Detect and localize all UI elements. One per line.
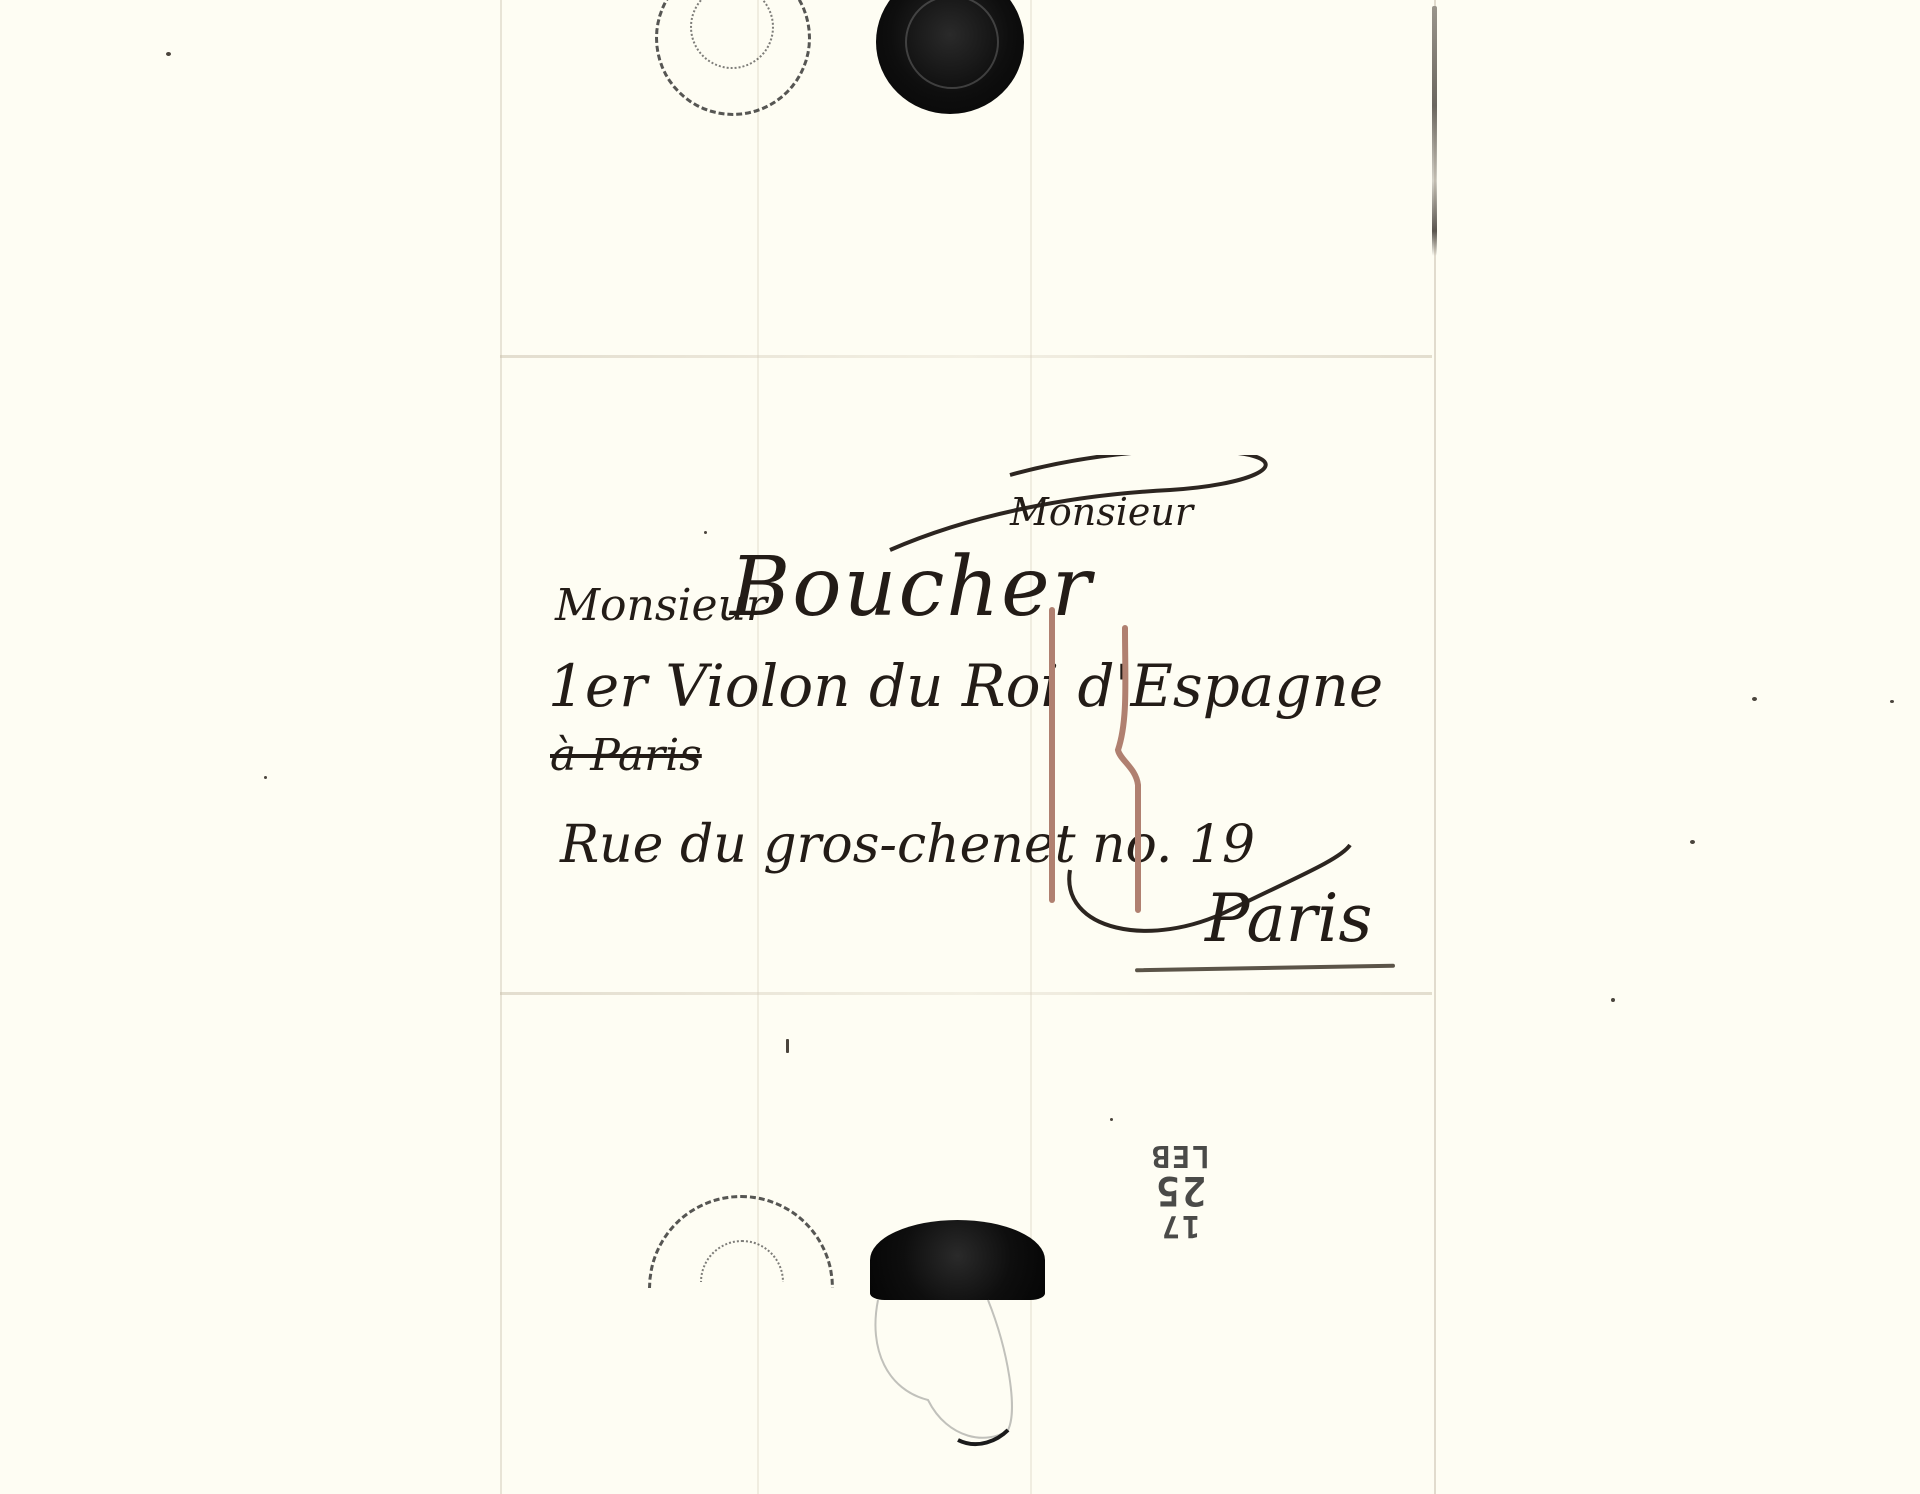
paper-speck [1611, 998, 1615, 1002]
wax-seal-bottom [870, 1220, 1045, 1300]
datestamp: 17 25 LEB [1135, 1140, 1225, 1240]
paper-speck [1690, 840, 1695, 844]
seal-residue [868, 1290, 1068, 1460]
letter-sheet: Monsieur Monsieur Boucher 1er Violon du … [0, 0, 1920, 1494]
paper-speck [1890, 700, 1894, 703]
paper-speck [264, 776, 267, 779]
address-line3-struck: à Paris [550, 730, 702, 781]
fold-line-bottom [500, 992, 1432, 995]
paper-speck [166, 52, 171, 56]
fold-line-top [500, 355, 1432, 358]
datestamp-line-1: 17 [1135, 1210, 1225, 1240]
rate-mark [1030, 600, 1150, 930]
address-line2: 1er Violon du Roi d'Espagne [548, 652, 1383, 720]
paper-speck [1752, 697, 1757, 701]
edge-shadow [1432, 6, 1437, 256]
datestamp-line-3: LEB [1135, 1140, 1225, 1170]
salutation-top: Monsieur [1010, 490, 1193, 534]
address-city: Paris [1205, 880, 1372, 957]
datestamp-line-2: 25 [1135, 1170, 1225, 1210]
